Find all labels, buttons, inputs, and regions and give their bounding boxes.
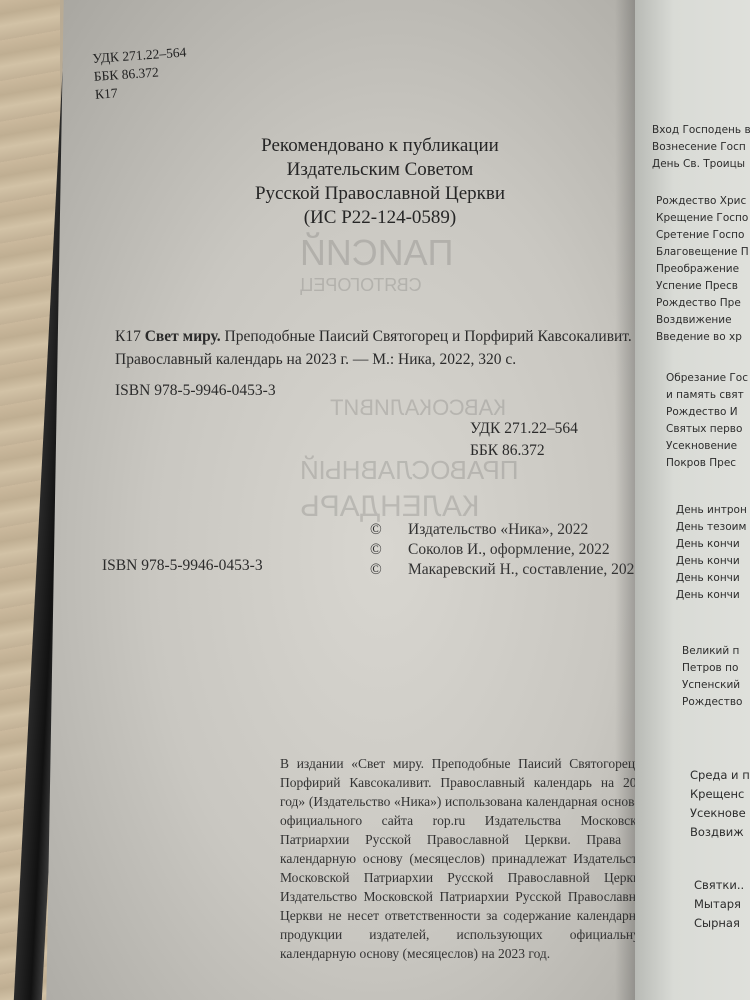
holiday-item: День Св. Троицы: [652, 156, 750, 173]
recommendation-line: Рекомендовано к публикации: [200, 134, 560, 158]
holiday-item: Воздвиж: [690, 823, 750, 842]
bbk-code: ББК 86.372: [470, 440, 578, 462]
right-group-7: Святки.. Мытаря Сырная: [694, 876, 750, 933]
holiday-item: Святых перво: [666, 421, 750, 438]
right-group-4: День интрон День тезоим День кончи День …: [676, 502, 750, 604]
holiday-item: Рождество И: [666, 404, 750, 421]
holiday-item: Введение во хр: [656, 329, 750, 346]
recommendation-line: Русской Православной Церкви: [200, 182, 560, 206]
bib-title: Свет миру.: [145, 328, 221, 345]
holiday-item: и память свят: [666, 387, 750, 404]
holiday-item: Сырная: [694, 914, 750, 933]
holiday-item: Успение Пресв: [656, 278, 750, 295]
holiday-item: Преображение: [656, 261, 750, 278]
right-group-3: Обрезание Гос и память свят Рождество И …: [666, 370, 750, 472]
holiday-item: День кончи: [676, 553, 750, 570]
copyright-icon: ©: [370, 540, 408, 560]
bleed-through-2: СВЯТОГОРЕЦ: [300, 275, 422, 296]
calendar-rights-notice: В издании «Свет миру. Преподобные Паисий…: [280, 754, 650, 963]
copyright-icon: ©: [370, 560, 408, 580]
holiday-item: Рождество: [682, 694, 750, 711]
holiday-item: Воздвижение: [656, 312, 750, 329]
recommendation-block: Рекомендовано к публикации Издательским …: [200, 134, 560, 230]
copyright-line: Издательство «Ника», 2022: [408, 521, 588, 538]
holiday-item: Среда и п: [690, 766, 750, 785]
copyright-icon: ©: [370, 520, 408, 540]
holiday-item: Покров Прес: [666, 455, 750, 472]
holiday-item: Великий п: [682, 643, 750, 660]
right-group-1: Вход Господень в Вознесение Госп День Св…: [652, 122, 750, 173]
right-group-5: Великий п Петров по Успенский Рождество: [682, 643, 750, 711]
holiday-item: День интрон: [676, 502, 750, 519]
holiday-item: Вход Господень в: [652, 122, 750, 139]
holiday-item: День кончи: [676, 570, 750, 587]
holiday-item: Вознесение Госп: [652, 139, 750, 156]
holiday-item: День кончи: [676, 587, 750, 604]
holiday-item: Усекновение: [666, 438, 750, 455]
bibliographic-record: К17 Свет миру. Преподобные Паисий Святог…: [115, 325, 632, 371]
copyright-line: Соколов И., оформление, 2022: [408, 541, 610, 558]
holiday-item: Святки..: [694, 876, 750, 895]
holiday-item: Крещенс: [690, 785, 750, 804]
recommendation-line: Издательским Советом: [200, 158, 560, 182]
holiday-item: Рождество Пре: [656, 295, 750, 312]
bleed-through-1: ПАИСИЙ: [300, 232, 454, 274]
right-group-6: Среда и п Крещенс Усекнове Воздвиж: [690, 766, 750, 842]
holiday-item: Мытаря: [694, 895, 750, 914]
holiday-item: Обрезание Гос: [666, 370, 750, 387]
right-group-2: Рождество Хрис Крещение Госпо Сретение Г…: [656, 193, 750, 346]
bleed-through-5: КАЛЕНДАРЬ: [300, 490, 480, 524]
holiday-item: День кончи: [676, 536, 750, 553]
recommendation-line: (ИС Р22-124-0589): [200, 206, 560, 230]
classification-codes: УДК 271.22–564 ББК 86.372: [470, 418, 578, 462]
holiday-item: Крещение Госпо: [656, 210, 750, 227]
top-classification-codes: УДК 271.22–564 ББК 86.372 К17: [92, 43, 189, 103]
isbn-bottom: ISBN 978-5-9946-0453-3: [102, 557, 263, 575]
holiday-item: День тезоим: [676, 519, 750, 536]
holiday-item: Рождество Хрис: [656, 193, 750, 210]
holiday-item: Благовещение П: [656, 244, 750, 261]
holiday-item: Сретение Госпо: [656, 227, 750, 244]
bib-subtitle: Преподобные Паисий Святогорец и Порфирий…: [225, 328, 632, 345]
holiday-item: Усекнове: [690, 804, 750, 823]
holiday-item: Успенский: [682, 677, 750, 694]
bib-publication: Православный календарь на 2023 г. — М.: …: [115, 348, 632, 371]
copyright-line: Макаревский Н., составление, 2022: [408, 561, 642, 578]
copyright-block: ©Издательство «Ника», 2022 ©Соколов И., …: [370, 520, 642, 580]
bib-code: К17: [115, 328, 141, 345]
udc-code: УДК 271.22–564: [470, 418, 578, 440]
holiday-item: Петров по: [682, 660, 750, 677]
isbn-top: ISBN 978-5-9946-0453-3: [115, 382, 276, 400]
